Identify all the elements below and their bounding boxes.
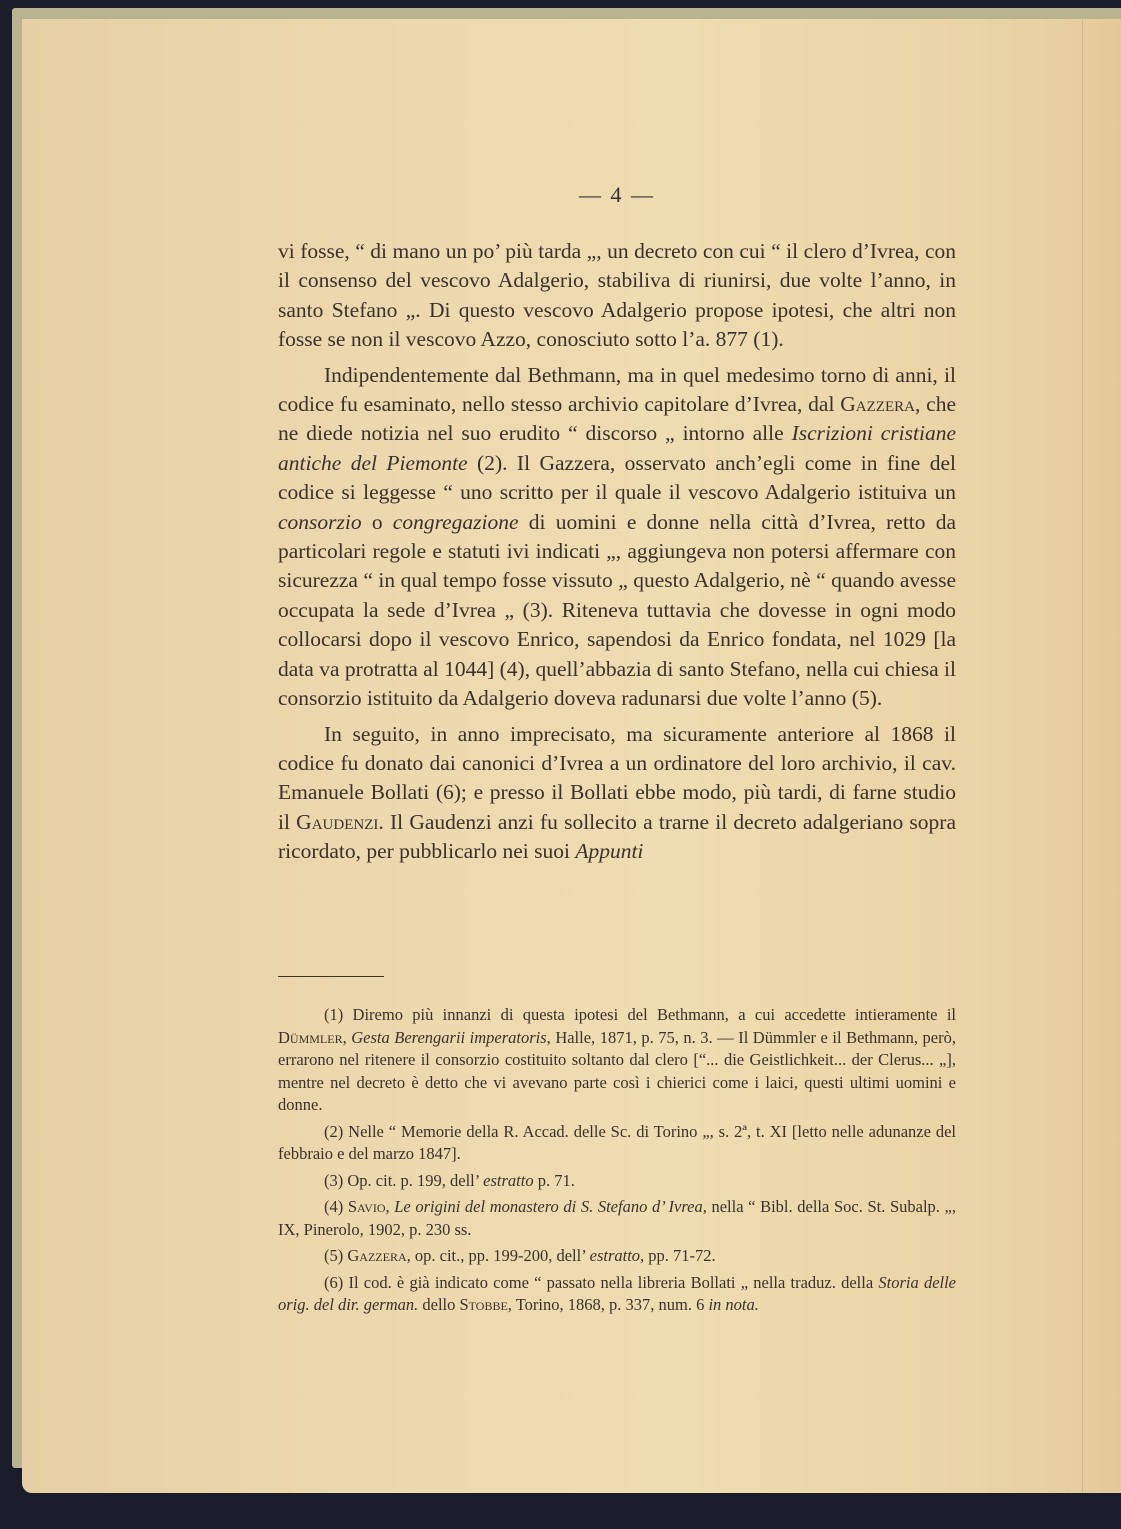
text-run: (1) Diremo più innanzi di questa ipotesi… [324,1005,956,1024]
page-number: — 4 — [22,182,1121,208]
italic-text: estratto [590,1246,640,1265]
footnote: (4) Savio, Le origini del monastero di S… [278,1196,956,1241]
italic-text: congregazione [393,510,519,534]
text-run: (5) [324,1246,347,1265]
footnote: (1) Diremo più innanzi di questa ipotesi… [278,1004,956,1117]
italic-text: in nota. [708,1295,758,1314]
text-run: o [362,510,393,534]
paragraph: vi fosse, “ di mano un po’ più tarda „, … [278,237,956,355]
footnote: (5) Gazzera, op. cit., pp. 199-200, dell… [278,1245,956,1268]
text-run: (3) Op. cit. p. 199, dell’ [324,1171,483,1190]
italic-text: consorzio [278,510,362,534]
text-run: , [343,1028,352,1047]
body-text: vi fosse, “ di mano un po’ più tarda „, … [278,237,956,867]
text-run: , op. cit., pp. 199-200, dell’ [407,1246,590,1265]
footnote-separator [278,976,384,977]
footnote: (3) Op. cit. p. 199, dell’ estratto p. 7… [278,1170,956,1193]
author-name: Gazzera [347,1246,406,1265]
italic-text: Le origini del monastero di S. Stefano d… [394,1197,707,1216]
text-run: , [386,1197,395,1216]
author-name: Stobbe [460,1295,508,1314]
footnote: (2) Nelle “ Memorie della R. Accad. dell… [278,1121,956,1166]
footnote: (6) Il cod. è già indicato come “ passat… [278,1272,956,1317]
text-run: , pp. 71-72. [640,1246,716,1265]
italic-text: Gesta Berengarii imperatoris [351,1028,546,1047]
text-run: dello [418,1295,459,1314]
text-run: , Torino, 1868, p. 337, num. 6 [508,1295,709,1314]
author-name: Gaudenzi [296,810,378,834]
italic-text: estratto [483,1171,533,1190]
footnotes: (1) Diremo più innanzi di questa ipotesi… [278,1004,956,1321]
text-run: (4) [324,1197,348,1216]
author-name: Savio [348,1197,386,1216]
paragraph: Indipendentemente dal Bethmann, ma in qu… [278,361,956,714]
paragraph: In seguito, in anno imprecisato, ma sicu… [278,720,956,867]
book-page: — 4 — vi fosse, “ di mano un po’ più tar… [22,19,1121,1493]
author-name: Gazzera [840,392,915,416]
text-run: (2) Nelle “ Memorie della R. Accad. dell… [278,1122,956,1164]
italic-text: Appunti [575,839,643,863]
text-run: (6) Il cod. è già indicato come “ passat… [324,1273,878,1292]
text-run: vi fosse, “ di mano un po’ più tarda „, … [278,239,956,351]
author-name: Dümmler [278,1028,343,1047]
text-run: p. 71. [534,1171,575,1190]
text-run: di uomini e donne nella città d’Ivrea, r… [278,510,956,710]
